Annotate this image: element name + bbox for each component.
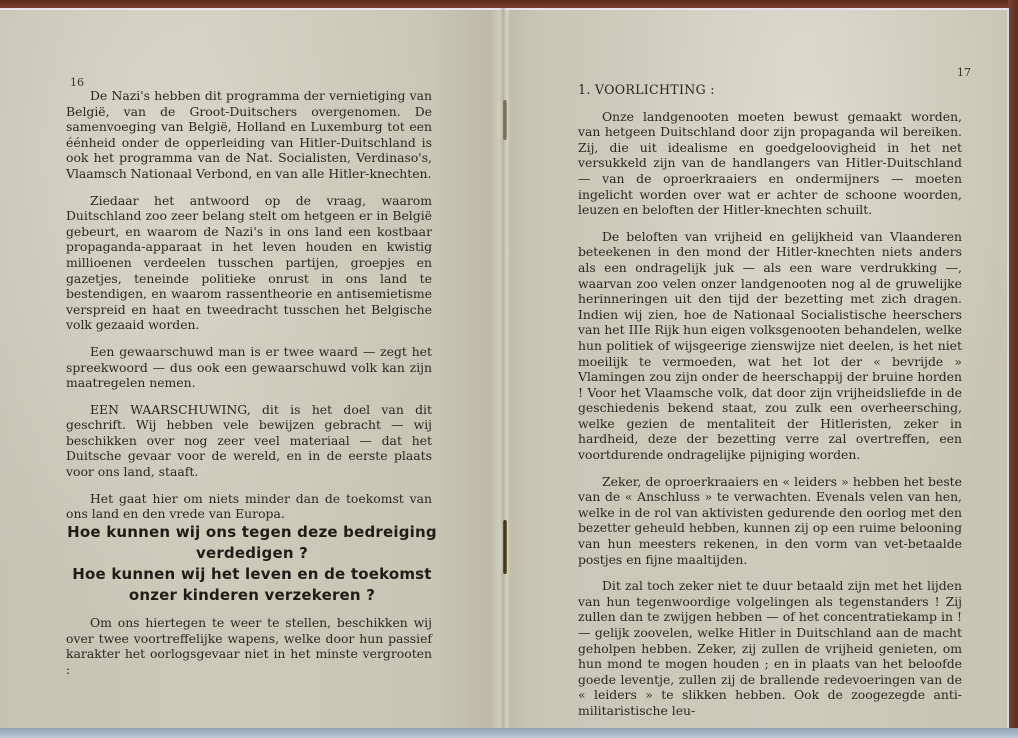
heading-line: onzer kinderen verzekeren ? <box>62 585 442 606</box>
right-body-text: 1. VOORLICHTING : Onze landgenooten moet… <box>578 82 962 730</box>
heading-line: Hoe kunnen wij het leven en de toekomst <box>62 564 442 585</box>
section-heading: 1. VOORLICHTING : <box>578 82 962 98</box>
heading-line: Hoe kunnen wij ons tegen deze bedreiging <box>62 522 442 543</box>
paragraph: Om ons hiertegen te weer te stellen, bes… <box>66 615 432 677</box>
paragraph: Ziedaar het antwoord op de vraag, waarom… <box>66 193 432 333</box>
right-page: 17 1. VOORLICHTING : Onze landgenooten m… <box>505 8 1009 730</box>
paragraph: EEN WAARSCHUWING, dit is het doel van di… <box>66 402 432 480</box>
table-surface-right <box>1008 0 1018 738</box>
paragraph: Onze landgenooten moeten bewust gemaakt … <box>578 109 962 218</box>
left-closing-text: Om ons hiertegen te weer te stellen, bes… <box>66 615 432 688</box>
paragraph: De Nazi's hebben dit programma der verni… <box>66 88 432 182</box>
left-page: 16 De Nazi's hebben dit programma der ve… <box>0 8 505 730</box>
table-surface-top <box>0 0 1018 8</box>
question-heading: Hoe kunnen wij ons tegen deze bedreiging… <box>62 522 442 606</box>
staple-bottom <box>503 520 507 574</box>
heading-line: verdedigen ? <box>62 543 442 564</box>
page-number-right: 17 <box>957 66 971 79</box>
paragraph: Het gaat hier om niets minder dan de toe… <box>66 491 432 522</box>
paragraph: Dit zal toch zeker niet te duur betaald … <box>578 578 962 718</box>
table-surface-bottom <box>0 728 1018 738</box>
paragraph: De beloften van vrijheid en gelijkheid v… <box>578 229 962 463</box>
paragraph: Een gewaarschuwd man is er twee waard — … <box>66 344 432 391</box>
staple-top <box>503 100 507 140</box>
paragraph: Zeker, de oproerkraaiers en « leiders » … <box>578 474 962 568</box>
left-body-text: De Nazi's hebben dit programma der verni… <box>66 88 432 533</box>
